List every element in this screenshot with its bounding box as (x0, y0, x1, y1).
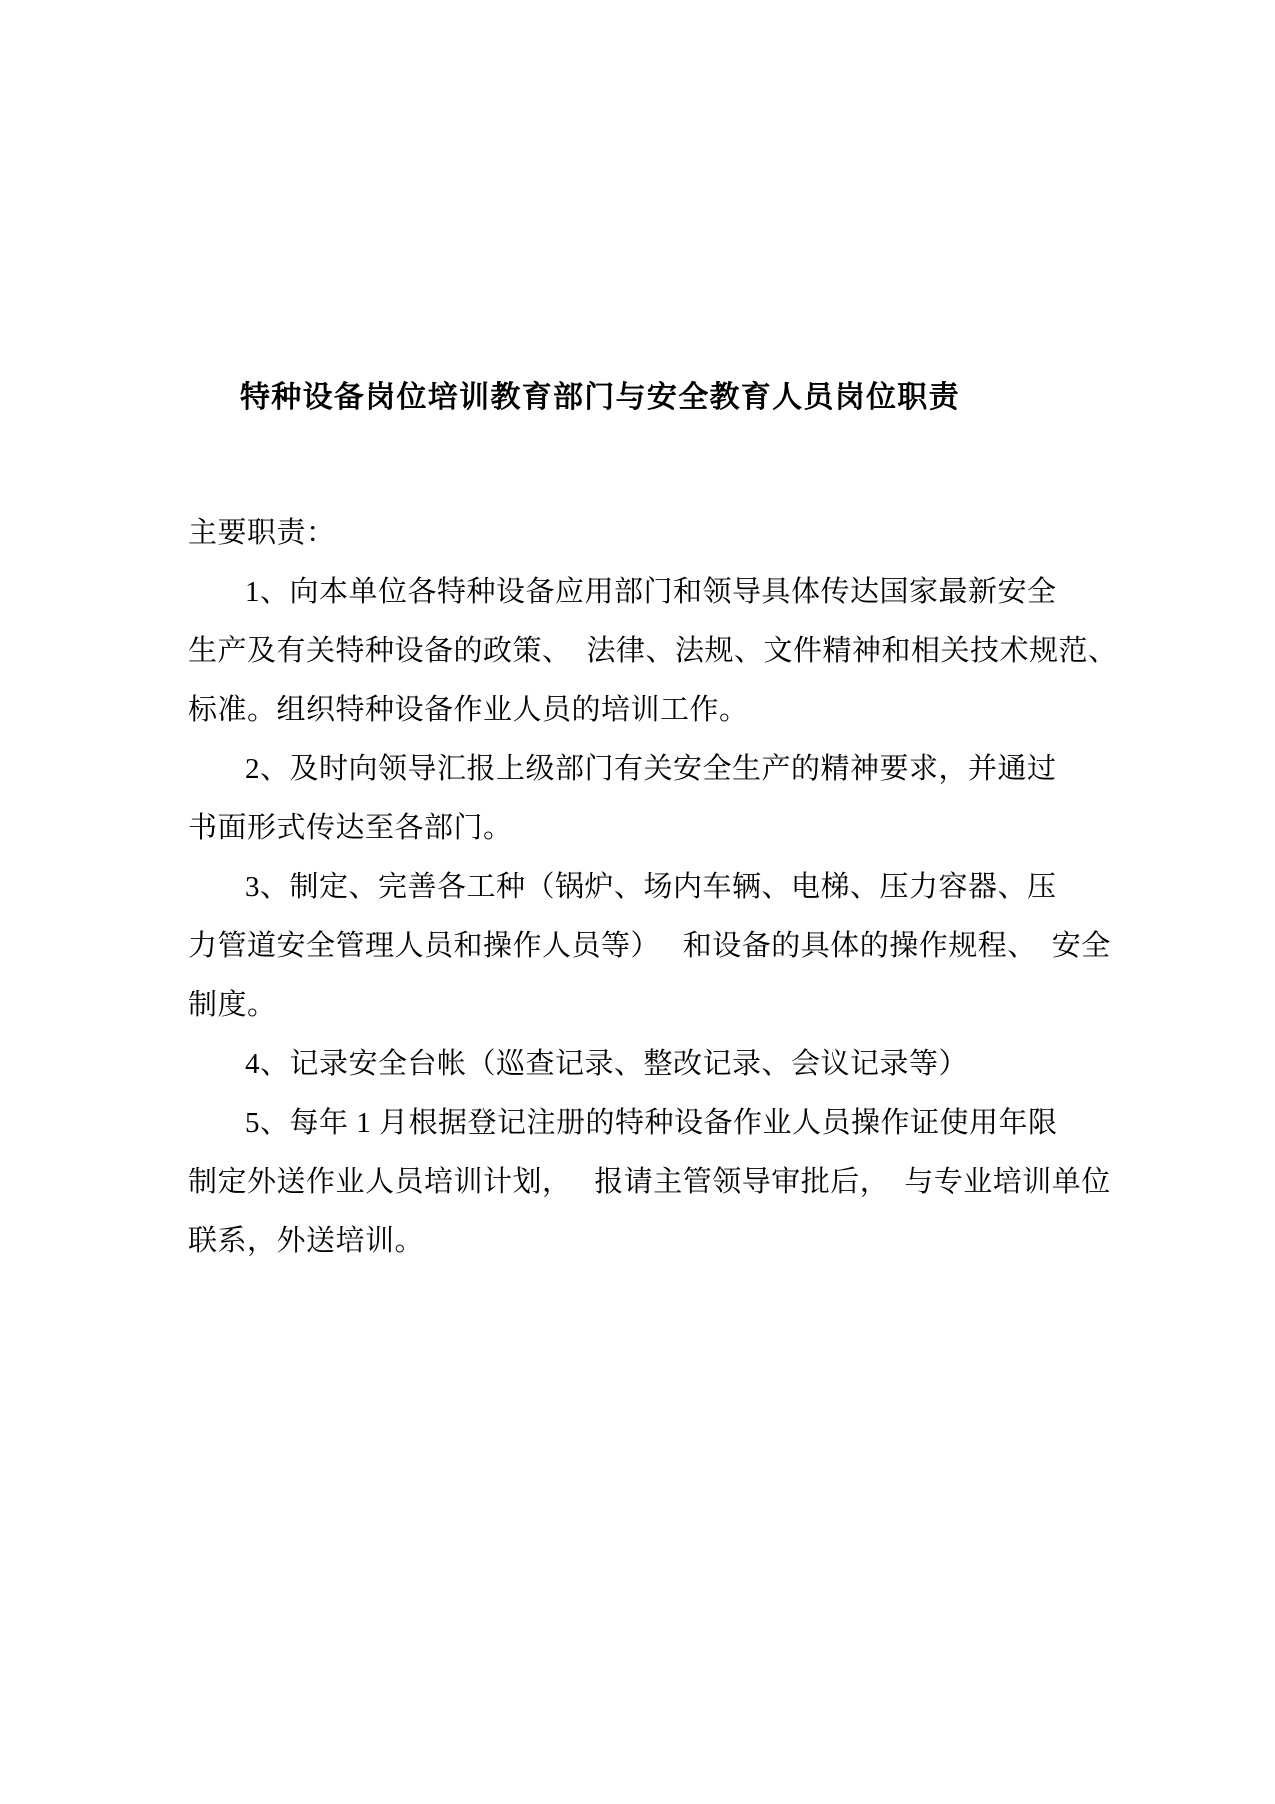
body-line-item-3: 3、制定、完善各工种（锅炉、场内车辆、电梯、压力容器、压 (188, 858, 1108, 917)
body-line: 联系，外送培训。 (188, 1212, 1108, 1271)
body-line: 制定外送作业人员培训计划， 报请主管领导审批后， 与专业培训单位 (188, 1153, 1108, 1212)
document-page: 特种设备岗位培训教育部门与安全教育人员岗位职责 主要职责： 1、向本单位各特种设… (0, 0, 1275, 1804)
body-line-item-4: 4、记录安全台帐（巡查记录、整改记录、会议记录等） (188, 1035, 1108, 1094)
body-line: 力管道安全管理人员和操作人员等） 和设备的具体的操作规程、 安全 (188, 917, 1108, 976)
body-line-item-2: 2、及时向领导汇报上级部门有关安全生产的精神要求，并通过 (188, 740, 1108, 799)
body-line: 生产及有关特种设备的政策、 法律、法规、文件精神和相关技术规范、 (188, 622, 1108, 681)
body-line: 制度。 (188, 976, 1108, 1035)
document-title: 特种设备岗位培训教育部门与安全教育人员岗位职责 (240, 372, 960, 416)
document-body: 主要职责： 1、向本单位各特种设备应用部门和领导具体传达国家最新安全 生产及有关… (188, 504, 1108, 1271)
body-line: 标准。组织特种设备作业人员的培训工作。 (188, 681, 1108, 740)
body-line: 书面形式传达至各部门。 (188, 799, 1108, 858)
body-line-item-1: 1、向本单位各特种设备应用部门和领导具体传达国家最新安全 (188, 563, 1108, 622)
body-line-item-5: 5、每年 1 月根据登记注册的特种设备作业人员操作证使用年限 (188, 1094, 1108, 1153)
section-heading: 主要职责： (188, 504, 1108, 563)
